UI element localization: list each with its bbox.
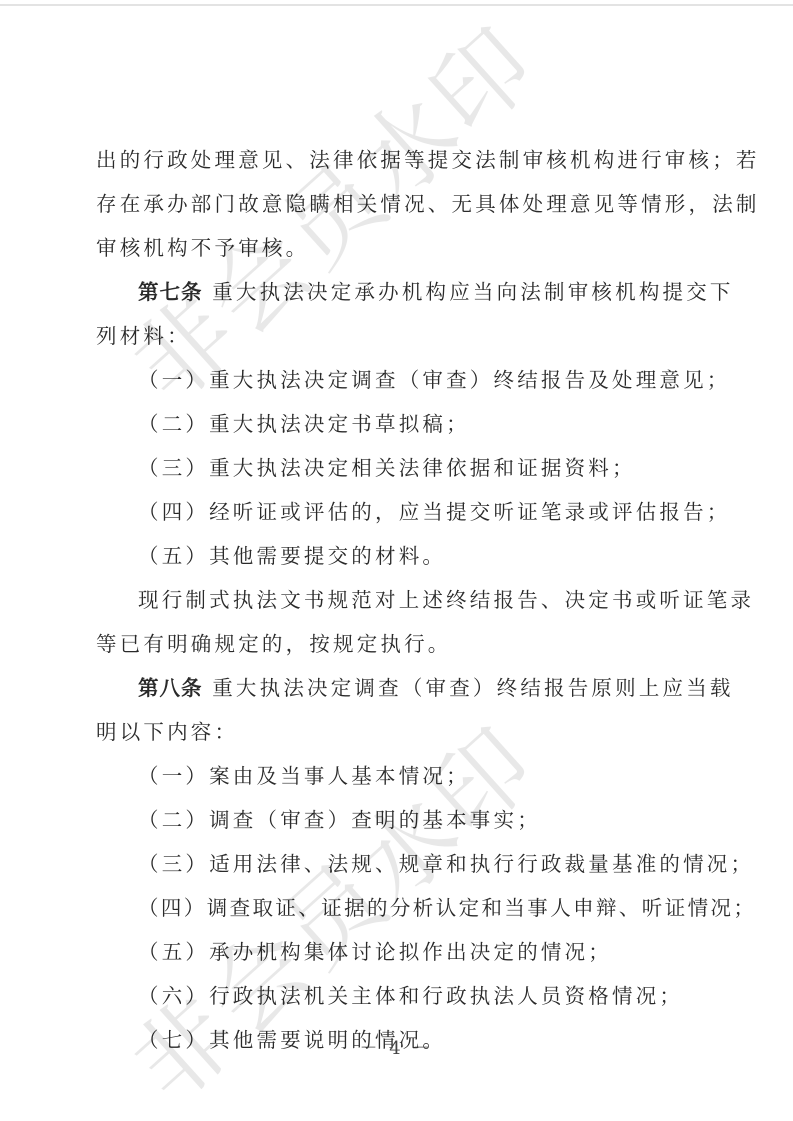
list-item: （五）其他需要提交的材料。 [138,541,446,571]
list-item: （四）经听证或评估的，应当提交听证笔录或评估报告； [138,497,731,527]
text-line: 等已有明确规定的，按规定执行。 [96,629,452,659]
list-item: （一）案由及当事人基本情况； [138,761,470,791]
list-item: （四）调查取证、证据的分析认定和当事人申辩、听证情况； [138,893,756,923]
article-heading: 第八条 [138,676,203,700]
text-line: 列材料： [96,321,191,351]
text-line: 明以下内容： [96,717,238,747]
article-heading: 第七条 [138,280,203,304]
document-page: 出的行政处理意见、法律依据等提交法制审核机构进行审核；若 存在承办部门故意隐瞒相… [0,0,793,1121]
list-item: （五）承办机构集体讨论拟作出决定的情况； [138,937,612,967]
text-line: 现行制式执法文书规范对上述终结报告、决定书或听证笔录 [138,585,754,615]
article-text: 重大执法决定承办机构应当向法制审核机构提交下 [212,280,733,304]
article-8: 第八条 重大执法决定调查（审查）终结报告原则上应当载 [138,673,734,703]
list-item: （二）调查（审查）查明的基本事实； [138,805,541,835]
text-line: 存在承办部门故意隐瞒相关情况、无具体处理意见等情形，法制 [96,189,760,219]
page-number: － 4 － [0,1034,793,1060]
article-text: 重大执法决定调查（审查）终结报告原则上应当载 [212,676,733,700]
list-item: （六）行政执法机关主体和行政执法人员资格情况； [138,981,683,1011]
page-top-border [0,4,793,6]
list-item: （二）重大执法决定书草拟稿； [138,409,470,439]
article-7: 第七条 重大执法决定承办机构应当向法制审核机构提交下 [138,277,734,307]
text-line: 出的行政处理意见、法律依据等提交法制审核机构进行审核；若 [96,145,760,175]
text-line: 审核机构不予审核。 [96,233,309,263]
list-item: （一）重大执法决定调查（审查）终结报告及处理意见； [138,365,731,395]
list-item: （三）重大执法决定相关法律依据和证据资料； [138,453,636,483]
list-item: （三）适用法律、法规、规章和执行行政裁量基准的情况； [138,849,754,879]
